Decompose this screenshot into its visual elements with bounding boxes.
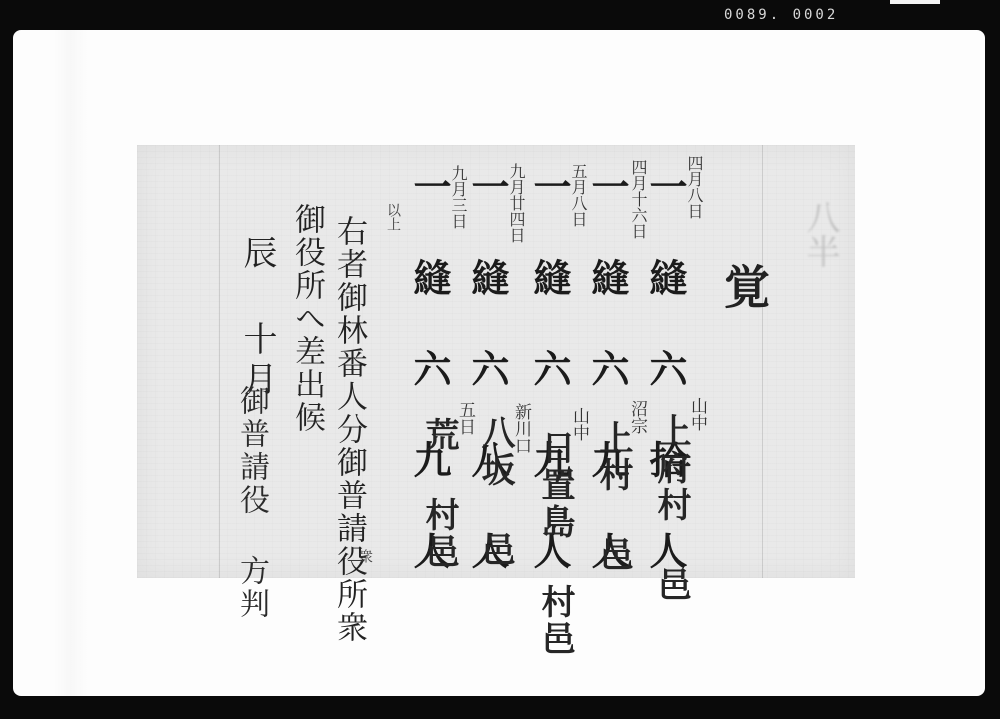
village-name: 上府村 邑 [647,413,696,604]
manuscript-page: 八半 覚 四月八日 一 縫 六 拾 人 山中 上府村 邑 四月十六日 一 縫 六… [137,145,855,578]
body-line: 右者御林番人分御普請役所衆 [327,215,372,644]
village-name: 日置島 村邑 [531,430,580,658]
village-name: 八坂 邑 [471,415,520,569]
village-name: 荒 村邑 [415,417,464,571]
signature: 御普請役 方判 [229,385,273,621]
film-edge-tab [890,0,940,4]
mount-shadow [53,30,88,696]
item-date-note: 四月十六日 [627,159,650,239]
paper-fold-line [219,145,220,578]
paper-fold-line [762,145,763,578]
document-date: 辰 十月 [233,235,282,401]
document-title: 覚 [711,263,777,309]
body-small-mark: 衆 [355,549,375,563]
village-name: 上村 邑 [589,420,638,574]
body-line: 御役所へ差出候 [285,203,330,434]
frame-number: 0089. 0002 [724,7,838,23]
bleed-through-ink: 八半 [777,200,837,500]
microfilm-frame: 八半 覚 四月八日 一 縫 六 拾 人 山中 上府村 邑 四月十六日 一 縫 六… [13,30,985,696]
closing-mark: 以上 [383,203,403,231]
